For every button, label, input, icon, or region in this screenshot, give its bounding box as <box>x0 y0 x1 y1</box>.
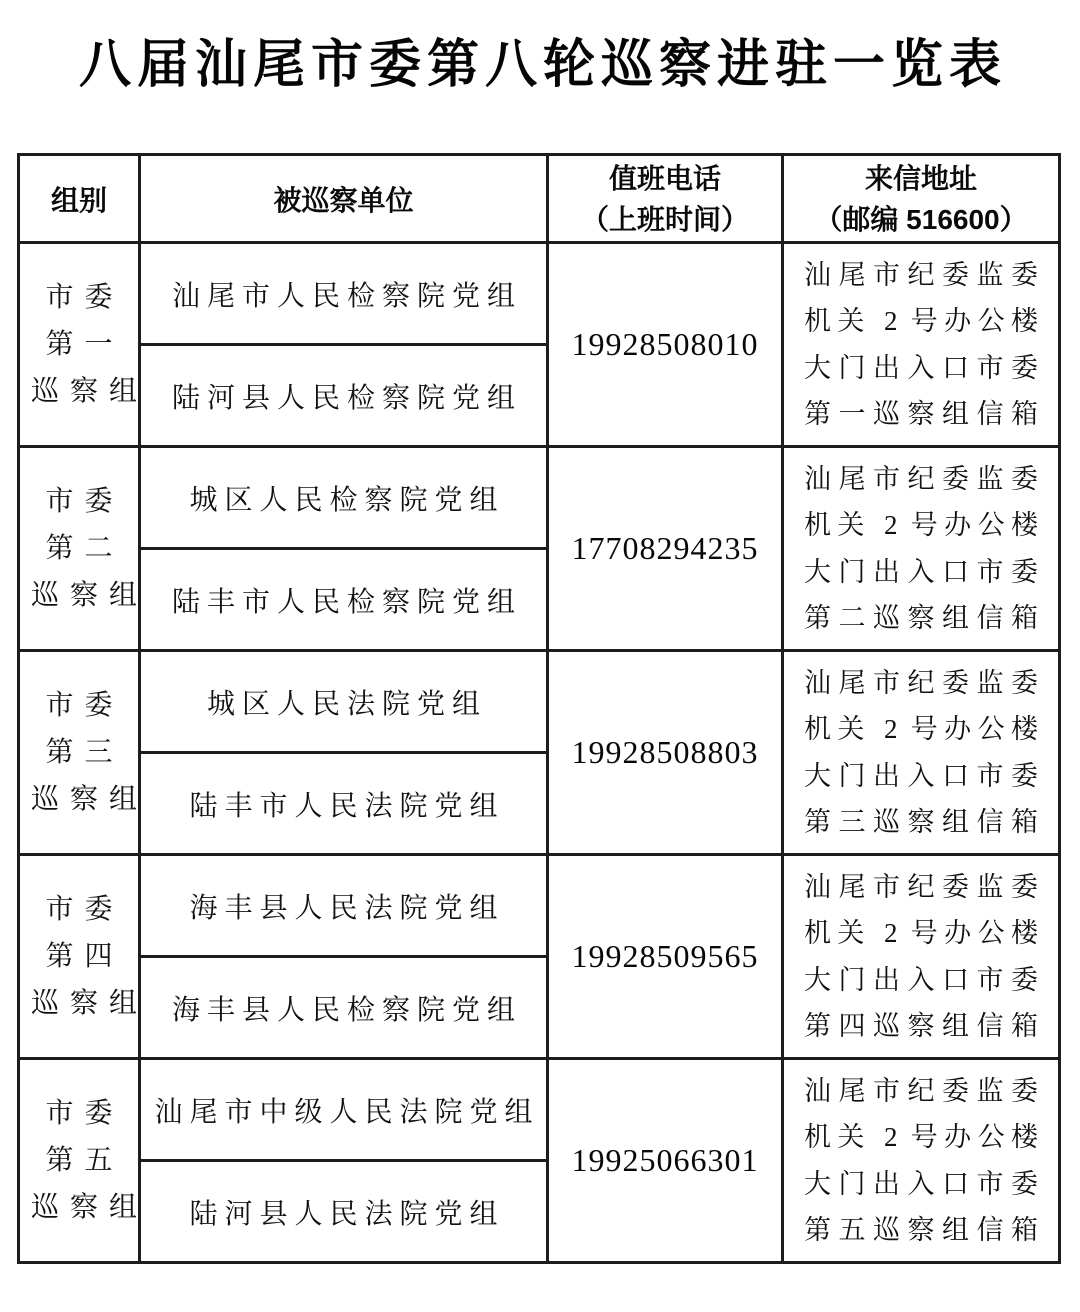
document-page: 八届汕尾市委第八轮巡察进驻一览表 组别 被巡察单位 值班电话 （上班时间） 来信… <box>0 0 1080 1312</box>
header-phone-line1: 值班电话 <box>549 158 781 199</box>
address-line: 第一巡察组信箱 <box>804 391 1038 438</box>
phone-number: 17708294235 <box>548 447 783 651</box>
group-line: 第四 <box>20 933 138 980</box>
address-line: 汕尾市纪委监委 <box>804 1068 1038 1115</box>
address-line: 大门出入口市委 <box>804 549 1038 596</box>
address-line: 机关 2 号办公楼 <box>804 1114 1038 1161</box>
header-address: 来信地址 （邮编 516600） <box>783 155 1060 243</box>
unit-cell: 海丰县人民检察院党组 <box>140 957 548 1059</box>
address-line: 第四巡察组信箱 <box>804 1003 1038 1050</box>
address-cell: 汕尾市纪委监委 机关 2 号办公楼 大门出入口市委 第三巡察组信箱 <box>783 651 1060 855</box>
address-cell: 汕尾市纪委监委 机关 2 号办公楼 大门出入口市委 第二巡察组信箱 <box>783 447 1060 651</box>
table-row: 市委 第四 巡察组 海丰县人民法院党组 19928509565 汕尾市纪委监委 … <box>19 855 1060 957</box>
group-line: 市委 <box>20 682 138 729</box>
address-line: 第五巡察组信箱 <box>804 1207 1038 1254</box>
table-header-row: 组别 被巡察单位 值班电话 （上班时间） 来信地址 （邮编 516600） <box>19 155 1060 243</box>
address-cell: 汕尾市纪委监委 机关 2 号办公楼 大门出入口市委 第一巡察组信箱 <box>783 243 1060 447</box>
address-line: 汕尾市纪委监委 <box>804 252 1038 299</box>
group-line: 巡察组 <box>20 776 138 823</box>
unit-cell: 陆丰市人民法院党组 <box>140 753 548 855</box>
table-row: 市委 第二 巡察组 城区人民检察院党组 17708294235 汕尾市纪委监委 … <box>19 447 1060 549</box>
group-line: 巡察组 <box>20 980 138 1027</box>
phone-number: 19928509565 <box>548 855 783 1059</box>
unit-cell: 海丰县人民法院党组 <box>140 855 548 957</box>
group-line: 第三 <box>20 729 138 776</box>
header-units: 被巡察单位 <box>140 155 548 243</box>
header-address-line2: （邮编 516600） <box>784 199 1058 240</box>
unit-cell: 汕尾市中级人民法院党组 <box>140 1059 548 1161</box>
address-line: 大门出入口市委 <box>804 1161 1038 1208</box>
table-row: 市委 第三 巡察组 城区人民法院党组 19928508803 汕尾市纪委监委 机… <box>19 651 1060 753</box>
unit-cell: 城区人民法院党组 <box>140 651 548 753</box>
group-cell-3: 市委 第三 巡察组 <box>19 651 140 855</box>
group-line: 巡察组 <box>20 572 138 619</box>
page-title: 八届汕尾市委第八轮巡察进驻一览表 <box>0 22 1080 97</box>
address-cell: 汕尾市纪委监委 机关 2 号办公楼 大门出入口市委 第四巡察组信箱 <box>783 855 1060 1059</box>
address-line: 汕尾市纪委监委 <box>804 456 1038 503</box>
group-line: 第五 <box>20 1137 138 1184</box>
address-line: 第二巡察组信箱 <box>804 595 1038 642</box>
header-phone: 值班电话 （上班时间） <box>548 155 783 243</box>
address-line: 机关 2 号办公楼 <box>804 502 1038 549</box>
address-line: 机关 2 号办公楼 <box>804 706 1038 753</box>
group-line: 巡察组 <box>20 1184 138 1231</box>
address-line: 汕尾市纪委监委 <box>804 660 1038 707</box>
group-line: 巡察组 <box>20 368 138 415</box>
group-line: 第二 <box>20 525 138 572</box>
unit-cell: 陆河县人民检察院党组 <box>140 345 548 447</box>
unit-cell: 汕尾市人民检察院党组 <box>140 243 548 345</box>
group-cell-1: 市委 第一 巡察组 <box>19 243 140 447</box>
header-address-line1: 来信地址 <box>784 158 1058 199</box>
address-cell: 汕尾市纪委监委 机关 2 号办公楼 大门出入口市委 第五巡察组信箱 <box>783 1059 1060 1263</box>
table-row: 市委 第五 巡察组 汕尾市中级人民法院党组 19925066301 汕尾市纪委监… <box>19 1059 1060 1161</box>
group-cell-2: 市委 第二 巡察组 <box>19 447 140 651</box>
phone-number: 19928508010 <box>548 243 783 447</box>
address-line: 大门出入口市委 <box>804 753 1038 800</box>
unit-cell: 陆河县人民法院党组 <box>140 1161 548 1263</box>
address-line: 汕尾市纪委监委 <box>804 864 1038 911</box>
header-group: 组别 <box>19 155 140 243</box>
phone-number: 19928508803 <box>548 651 783 855</box>
address-line: 大门出入口市委 <box>804 957 1038 1004</box>
group-cell-5: 市委 第五 巡察组 <box>19 1059 140 1263</box>
header-phone-line2: （上班时间） <box>549 199 781 240</box>
unit-cell: 陆丰市人民检察院党组 <box>140 549 548 651</box>
group-line: 市委 <box>20 274 138 321</box>
group-cell-4: 市委 第四 巡察组 <box>19 855 140 1059</box>
group-line: 市委 <box>20 478 138 525</box>
phone-number: 19925066301 <box>548 1059 783 1263</box>
inspection-roster-table: 组别 被巡察单位 值班电话 （上班时间） 来信地址 （邮编 516600） 市委… <box>17 153 1061 1264</box>
table-row: 市委 第一 巡察组 汕尾市人民检察院党组 19928508010 汕尾市纪委监委… <box>19 243 1060 345</box>
group-line: 市委 <box>20 886 138 933</box>
address-line: 大门出入口市委 <box>804 345 1038 392</box>
group-line: 市委 <box>20 1090 138 1137</box>
address-line: 机关 2 号办公楼 <box>804 910 1038 957</box>
address-line: 第三巡察组信箱 <box>804 799 1038 846</box>
group-line: 第一 <box>20 321 138 368</box>
address-line: 机关 2 号办公楼 <box>804 298 1038 345</box>
unit-cell: 城区人民检察院党组 <box>140 447 548 549</box>
